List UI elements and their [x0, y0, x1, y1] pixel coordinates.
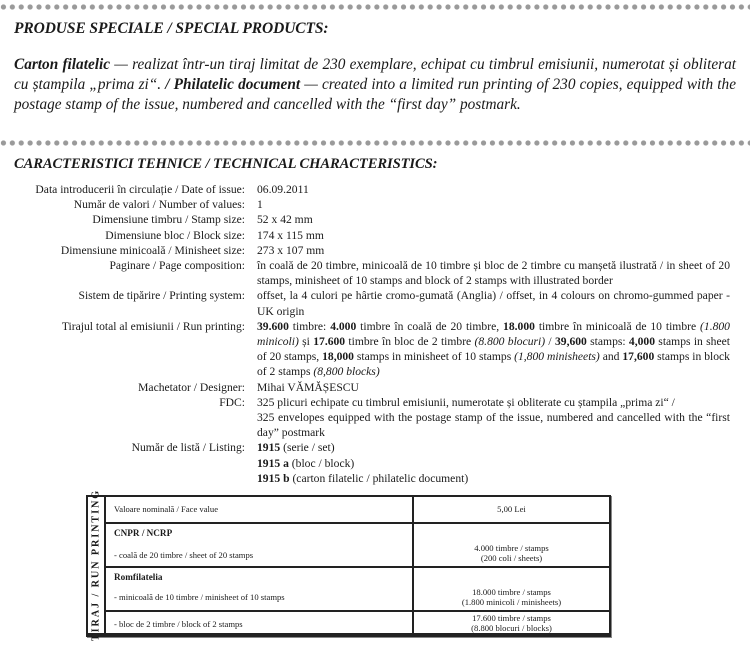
spec-value: 52 x 42 mm	[257, 212, 730, 227]
romfilatelia-cell: Romfilatelia - minicoală de 10 timbre / …	[106, 568, 414, 610]
spec-value: în coală de 20 timbre, minicoală de 10 t…	[257, 258, 730, 288]
romfilatelia-label: Romfilatelia	[114, 572, 162, 582]
spec-value: 325 plicuri echipate cu timbrul emisiuni…	[257, 395, 730, 441]
spec-value: Mihai VĂMĂȘESCU	[257, 380, 730, 395]
spec-label: FDC:	[0, 395, 257, 441]
spec-row-values: Număr de valori / Number of values:1	[0, 197, 730, 212]
spec-row-printing-system: Sistem de tipărire / Printing system:off…	[0, 288, 730, 318]
face-value-label: Valoare nominală / Face value	[106, 497, 414, 522]
spec-row-designer: Machetator / Designer:Mihai VĂMĂȘESCU	[0, 380, 730, 395]
run-printing-table: TIRAJ / RUN PRINTING Valoare nominală / …	[86, 495, 611, 637]
spec-value: 06.09.2011	[257, 182, 730, 197]
spec-label: Dimensiune bloc / Block size:	[0, 228, 257, 243]
spec-label: Dimensiune minicoală / Minisheet size:	[0, 243, 257, 258]
table-grid: Valoare nominală / Face value 5,00 Lei C…	[106, 497, 609, 633]
table-side-label: TIRAJ / RUN PRINTING	[88, 497, 106, 633]
sheet-value-cell: 4.000 timbre / stamps(200 coli / sheets)	[414, 524, 609, 566]
listing-item: 1915 (serie / set)	[257, 440, 730, 455]
spec-value: 39.600 timbre: 4.000 timbre în coală de …	[257, 319, 730, 380]
spec-value: 1915 (serie / set) 1915 a (bloc / block)…	[257, 440, 730, 486]
spec-label: Data introducerii în circulație / Date o…	[0, 182, 257, 197]
philatelic-document-title: / Philatelic document	[165, 76, 300, 93]
listing-item: 1915 b (carton filatelic / philatelic do…	[257, 471, 730, 486]
sheet-value-2: (200 coli / sheets)	[414, 554, 609, 564]
spec-value: 273 x 107 mm	[257, 243, 730, 258]
spec-row-listing: Număr de listă / Listing: 1915 (serie / …	[0, 440, 730, 486]
block-value-2: (8.800 blocuri / blocks)	[414, 624, 609, 634]
spec-row-page-composition: Paginare / Page composition:în coală de …	[0, 258, 730, 288]
special-products-text: Carton filatelic — realizat într-un tira…	[14, 55, 736, 115]
side-label-text: TIRAJ / RUN PRINTING	[91, 489, 102, 641]
minisheet-label: - minicoală de 10 timbre / minisheet of …	[114, 592, 285, 602]
table-row-block: - bloc de 2 timbre / block of 2 stamps 1…	[106, 612, 609, 633]
table-row-romfilatelia: Romfilatelia - minicoală de 10 timbre / …	[106, 568, 609, 612]
block-label: - bloc de 2 timbre / block of 2 stamps	[114, 619, 243, 629]
spec-label: Sistem de tipărire / Printing system:	[0, 288, 257, 318]
block-value-cell: 17.600 timbre / stamps(8.800 blocuri / b…	[414, 612, 609, 633]
spec-row-run-printing: Tirajul total al emisiunii / Run printin…	[0, 319, 730, 380]
spec-label: Paginare / Page composition:	[0, 258, 257, 288]
table-row-face-value: Valoare nominală / Face value 5,00 Lei	[106, 497, 609, 524]
special-products-heading: PRODUSE SPECIALE / SPECIAL PRODUCTS:	[14, 20, 329, 38]
sheet-label: - coală de 20 timbre / sheet of 20 stamp…	[114, 550, 253, 560]
cnpr-cell: CNPR / NCRP - coală de 20 timbre / sheet…	[106, 524, 414, 566]
block-cell: - bloc de 2 timbre / block of 2 stamps	[106, 612, 414, 633]
spec-row-minisheet-size: Dimensiune minicoală / Minisheet size:27…	[0, 243, 730, 258]
fdc-en: 325 envelopes equipped with the postage …	[257, 410, 730, 440]
spec-label: Număr de valori / Number of values:	[0, 197, 257, 212]
table-row-cnpr: CNPR / NCRP - coală de 20 timbre / sheet…	[106, 524, 609, 568]
minisheet-value-cell: 18.000 timbre / stamps(1.800 minicoli / …	[414, 568, 609, 610]
dotted-divider-middle	[0, 140, 750, 146]
spec-row-stamp-size: Dimensiune timbru / Stamp size:52 x 42 m…	[0, 212, 730, 227]
spec-label: Număr de listă / Listing:	[0, 440, 257, 486]
technical-specs: Data introducerii în circulație / Date o…	[0, 182, 730, 486]
face-value: 5,00 Lei	[414, 497, 609, 522]
cnpr-label: CNPR / NCRP	[114, 528, 172, 538]
spec-value: 174 x 115 mm	[257, 228, 730, 243]
technical-heading: CARACTERISTICI TEHNICE / TECHNICAL CHARA…	[14, 156, 437, 173]
spec-row-fdc: FDC: 325 plicuri echipate cu timbrul emi…	[0, 395, 730, 441]
spec-label: Machetator / Designer:	[0, 380, 257, 395]
carton-filatelic-title: Carton filatelic	[14, 56, 110, 73]
spec-label: Tirajul total al emisiunii / Run printin…	[0, 319, 257, 380]
spec-row-block-size: Dimensiune bloc / Block size:174 x 115 m…	[0, 228, 730, 243]
dotted-divider-top	[0, 4, 750, 10]
minisheet-value-2: (1.800 minicoli / minisheets)	[414, 598, 609, 608]
spec-value: 1	[257, 197, 730, 212]
spec-row-date: Data introducerii în circulație / Date o…	[0, 182, 730, 197]
spec-label: Dimensiune timbru / Stamp size:	[0, 212, 257, 227]
spec-value: offset, la 4 culori pe hârtie cromo-guma…	[257, 288, 730, 318]
listing-item: 1915 a (bloc / block)	[257, 456, 730, 471]
fdc-ro: 325 plicuri echipate cu timbrul emisiuni…	[257, 395, 730, 410]
